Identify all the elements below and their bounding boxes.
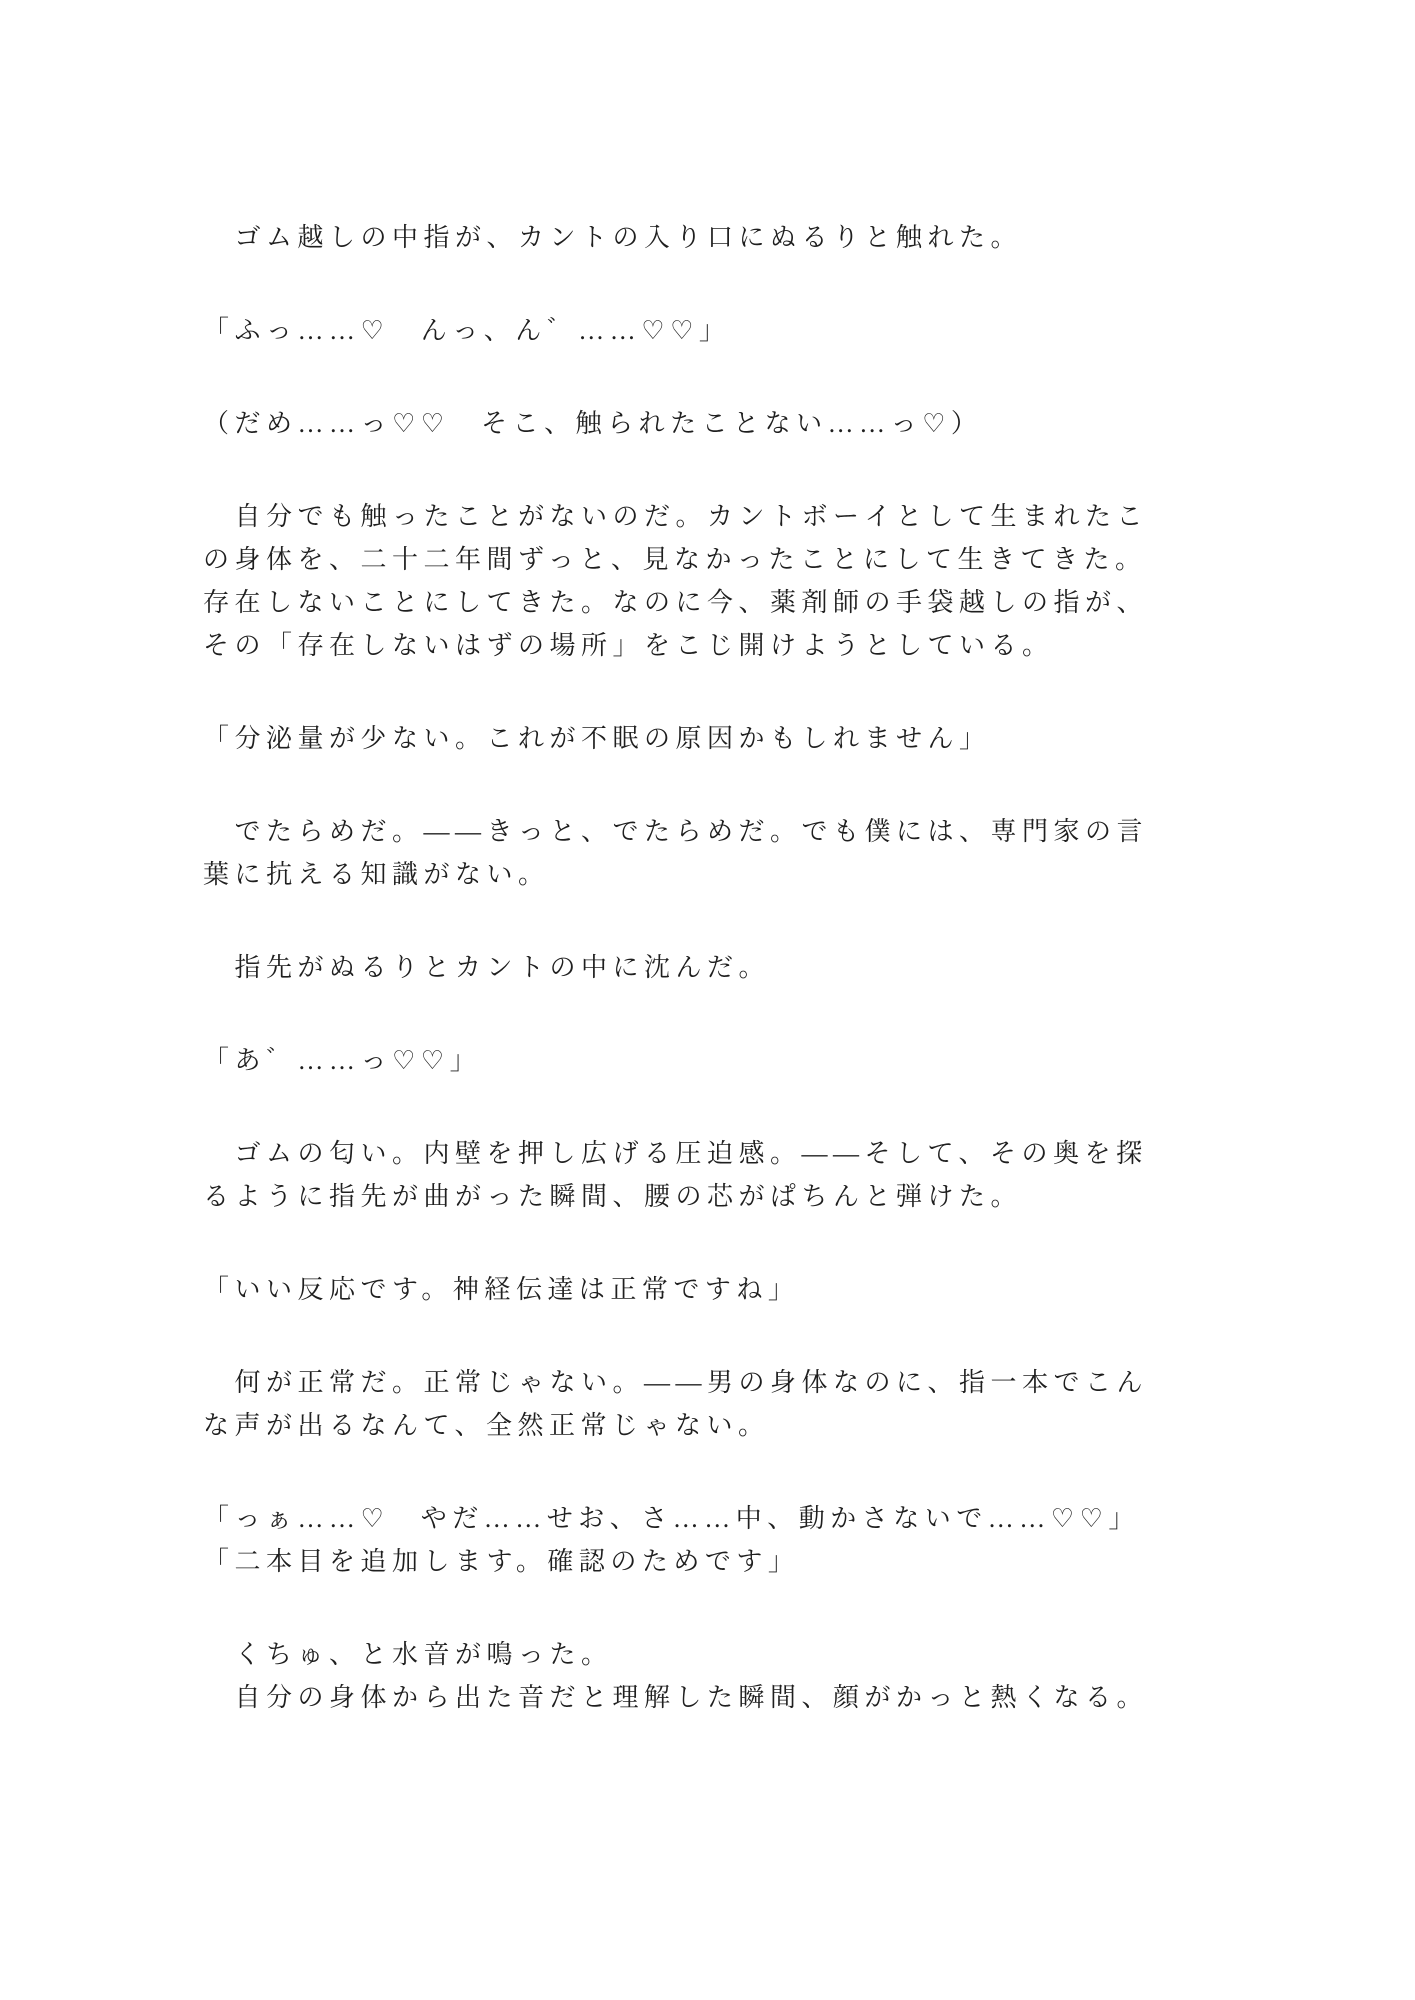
paragraph-dialogue: 「あ゛……っ♡♡」	[203, 1039, 1283, 1082]
paragraph-narration: 自分でも触ったことがないのだ。カントボーイとして生まれたこ の身体を、二十二年間…	[203, 495, 1283, 667]
paragraph-inner-thought: （だめ……っ♡♡ そこ、触られたことない……っ♡）	[203, 402, 1283, 445]
paragraph-dialogue: 「っぁ……♡ やだ……せお、さ……中、動かさないで……♡♡」 「二本目を追加しま…	[203, 1497, 1283, 1583]
paragraph-narration: でたらめだ。――きっと、でたらめだ。でも僕には、専門家の言 葉に抗える知識がない…	[203, 810, 1283, 896]
story-text-block: ゴム越しの中指が、カントの入り口にぬるりと触れた。 「ふっ……♡ んっ、ん゛………	[203, 216, 1283, 1769]
paragraph-dialogue: 「ふっ……♡ んっ、ん゛……♡♡」	[203, 309, 1283, 352]
paragraph-narration: 何が正常だ。正常じゃない。――男の身体なのに、指一本でこん な声が出るなんて、全…	[203, 1361, 1283, 1447]
paragraph-dialogue: 「分泌量が少ない。これが不眠の原因かもしれません」	[203, 717, 1283, 760]
paragraph-narration: くちゅ、と水音が鳴った。 自分の身体から出た音だと理解した瞬間、顔がかっと熱くな…	[203, 1633, 1283, 1719]
paragraph-dialogue: 「いい反応です。神経伝達は正常ですね」	[203, 1268, 1283, 1311]
paragraph-narration: ゴム越しの中指が、カントの入り口にぬるりと触れた。	[203, 216, 1283, 259]
paragraph-narration: 指先がぬるりとカントの中に沈んだ。	[203, 946, 1283, 989]
document-page: ゴム越しの中指が、カントの入り口にぬるりと触れた。 「ふっ……♡ んっ、ん゛………	[0, 0, 1415, 2000]
paragraph-narration: ゴムの匂い。内壁を押し広げる圧迫感。――そして、その奥を探 るように指先が曲がっ…	[203, 1132, 1283, 1218]
